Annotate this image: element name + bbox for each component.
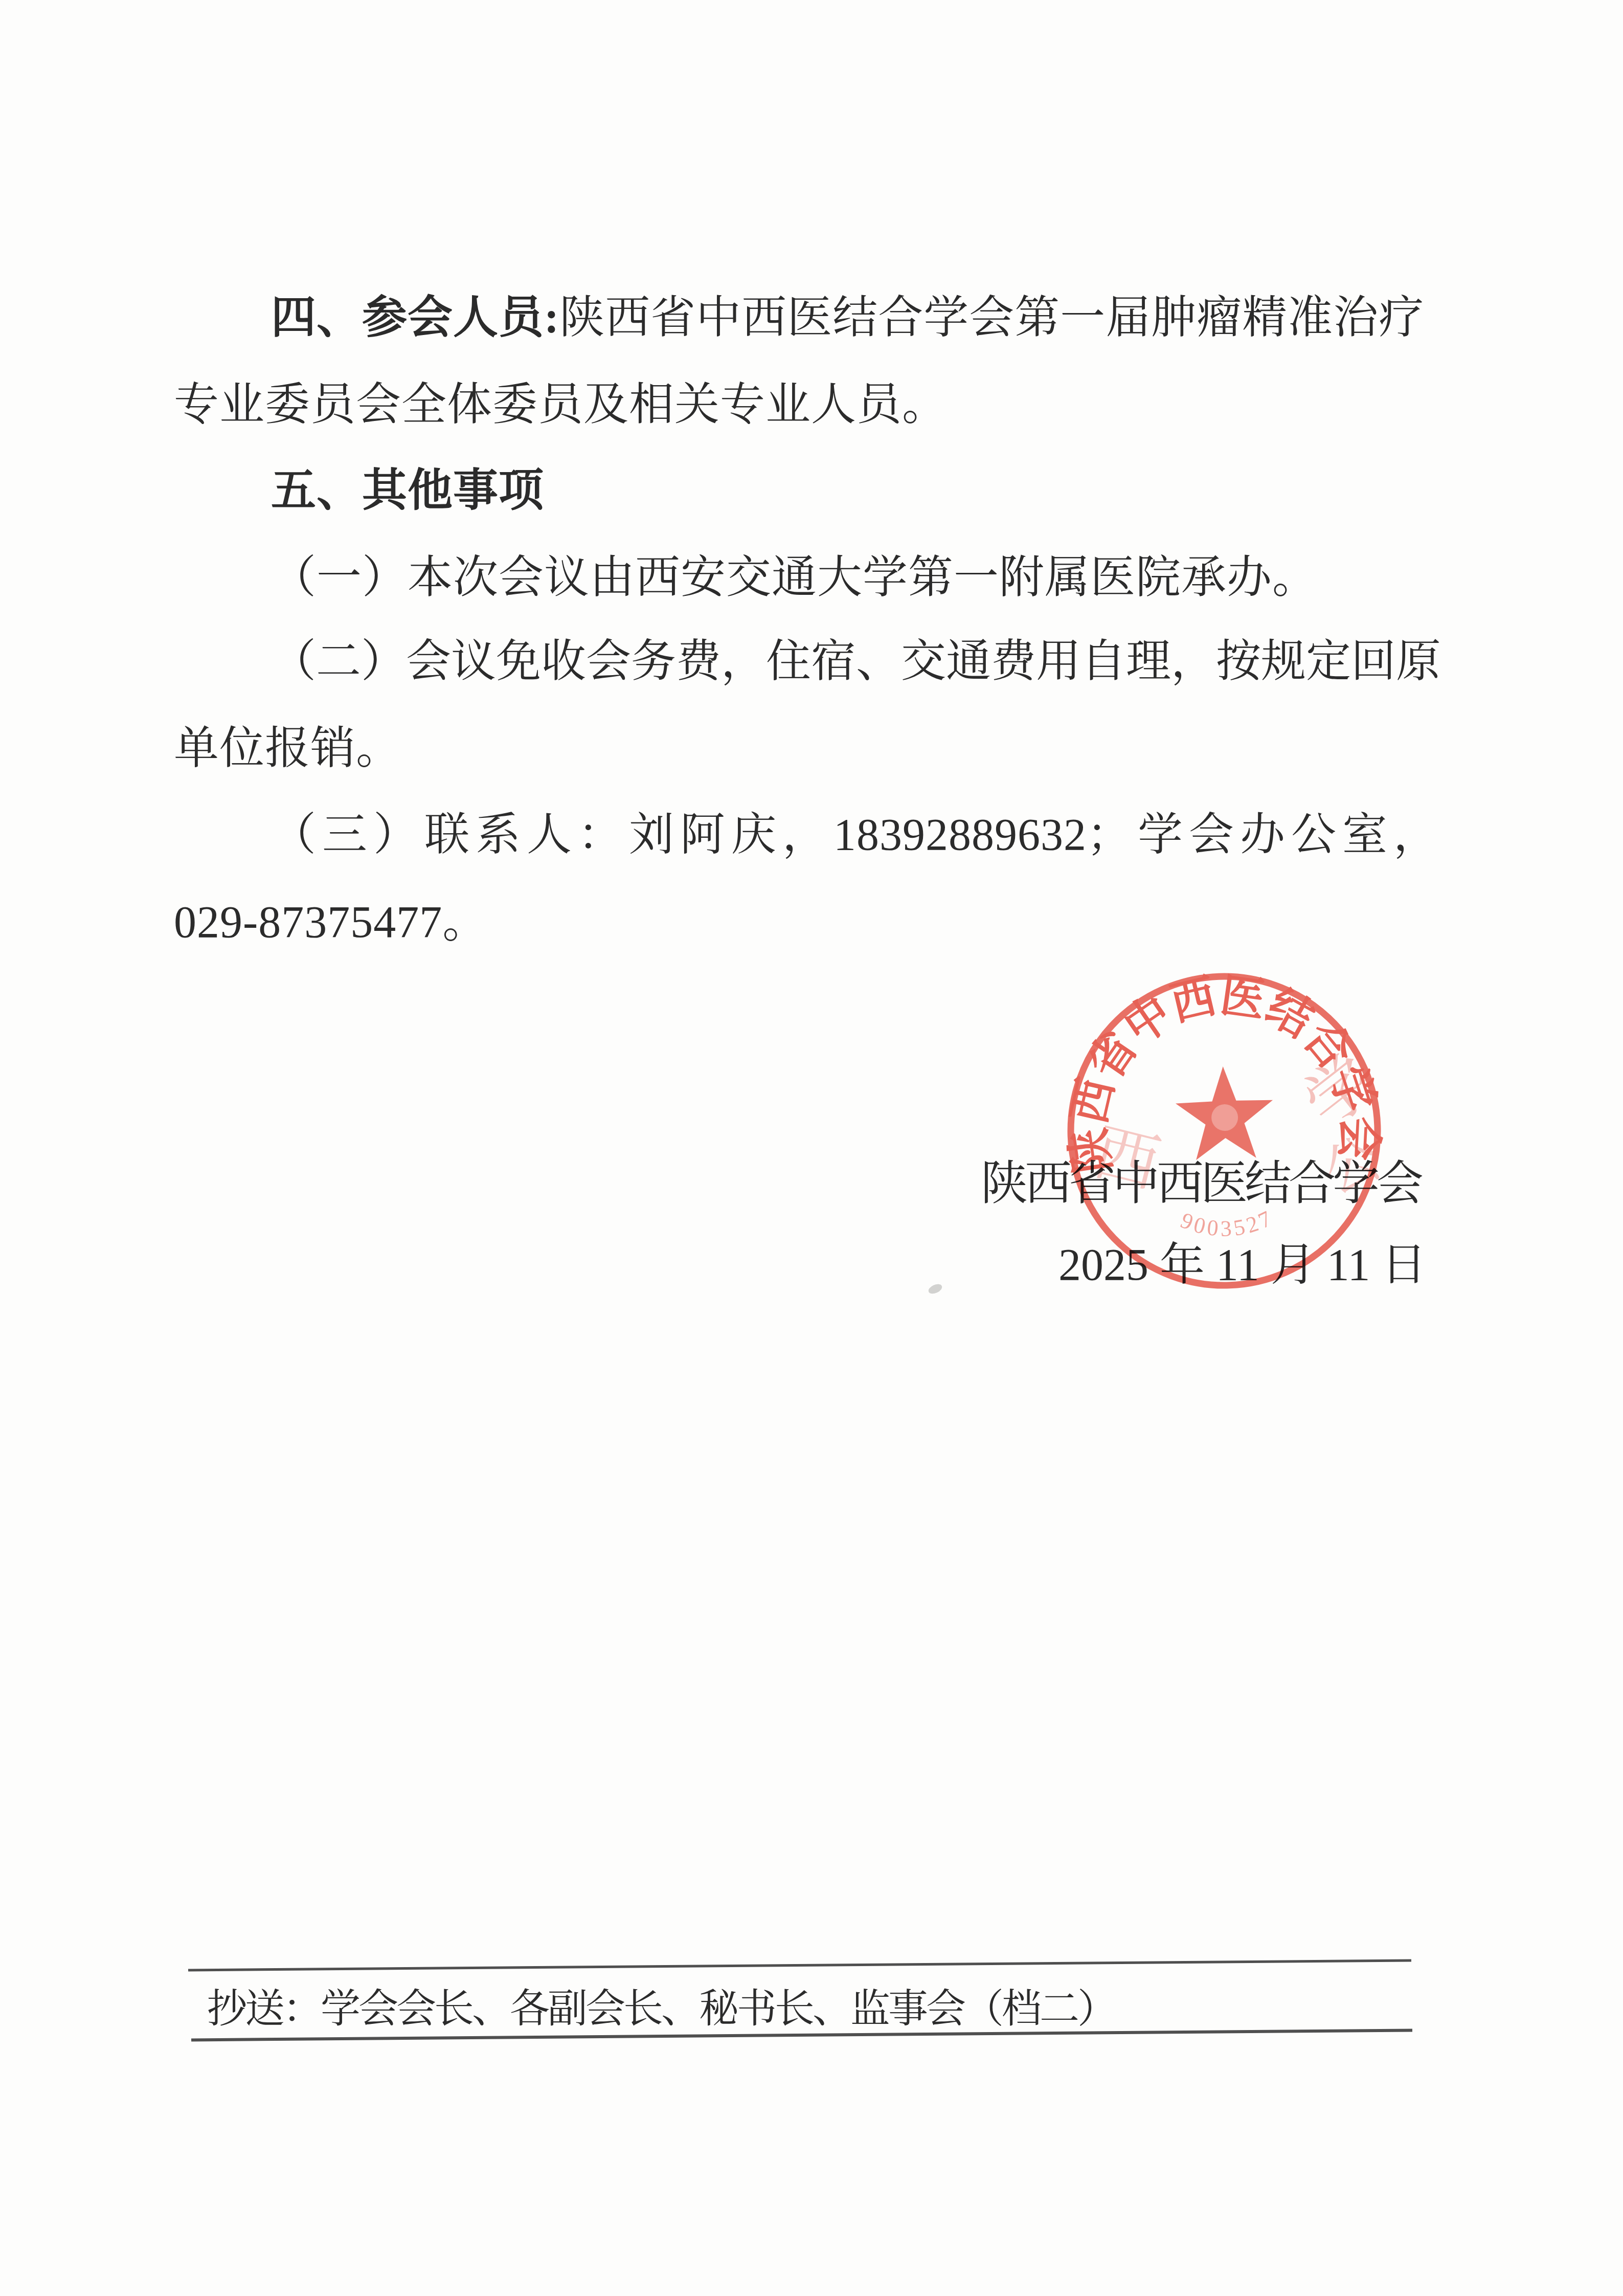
paragraph-participants-line2: 专业委员会全体委员及相关专业人员。 (174, 376, 948, 434)
paragraph-participants-line1: 四、参会人员:陕西省中西医结合学会第一届肿瘤精准治疗 (174, 289, 1424, 347)
item-one-text: （一）本次会议由西安交通大学第一附属医院承办。 (271, 553, 1318, 603)
item-two-fees-line1: （二）会议免收会务费，住宿、交通费用自理，按规定回原 (174, 633, 1441, 690)
item-three-contact-line2: 029-87375477。 (174, 894, 488, 951)
footer-divider-top (188, 1959, 1411, 1972)
participants-text-line1: 陕西省中西医结合学会第一届肿瘤精准治疗 (559, 293, 1424, 343)
participants-text-line2: 专业委员会全体委员及相关专业人员。 (174, 380, 948, 430)
item-one-host-line: （一）本次会议由西安交通大学第一附属医院承办。 (174, 549, 1318, 607)
section-heading-participants: 四、参会人员: (271, 293, 559, 343)
scan-artifact-speck (927, 1282, 943, 1296)
other-matters-heading-text: 五、其他事项 (271, 466, 544, 516)
scanned-document-page: 四、参会人员:陕西省中西医结合学会第一届肿瘤精准治疗 专业委员会全体委员及相关专… (0, 0, 1623, 2296)
contact-name-text: （三）联系人：刘阿庆， (271, 810, 833, 860)
item-two-fees-line2: 单位报销。 (174, 720, 401, 777)
office-phone-number: 029-87375477。 (174, 898, 488, 947)
svg-text:9003527: 9003527 (1177, 1205, 1278, 1243)
seal-serial-number: 9003527 (1177, 1205, 1278, 1243)
contact-mobile-number: 18392889632 (833, 810, 1087, 860)
footer-cc-line: 抄送：学会会长、各副会长、秘书长、监事会（档二） (207, 1983, 1115, 2035)
item-two-text-line2: 单位报销。 (174, 724, 401, 773)
official-seal: 陕西省中西医结合学会 9003527 西 学 公 (1037, 943, 1412, 1318)
item-three-contact-line1: （三）联系人：刘阿庆，18392889632；学会办公室， (174, 807, 1445, 864)
contact-office-text: ；学会办公室， (1087, 810, 1445, 860)
section-heading-other-matters: 五、其他事项 (174, 462, 544, 520)
item-two-text-line1: （二）会议免收会务费，住宿、交通费用自理，按规定回原 (271, 637, 1441, 686)
